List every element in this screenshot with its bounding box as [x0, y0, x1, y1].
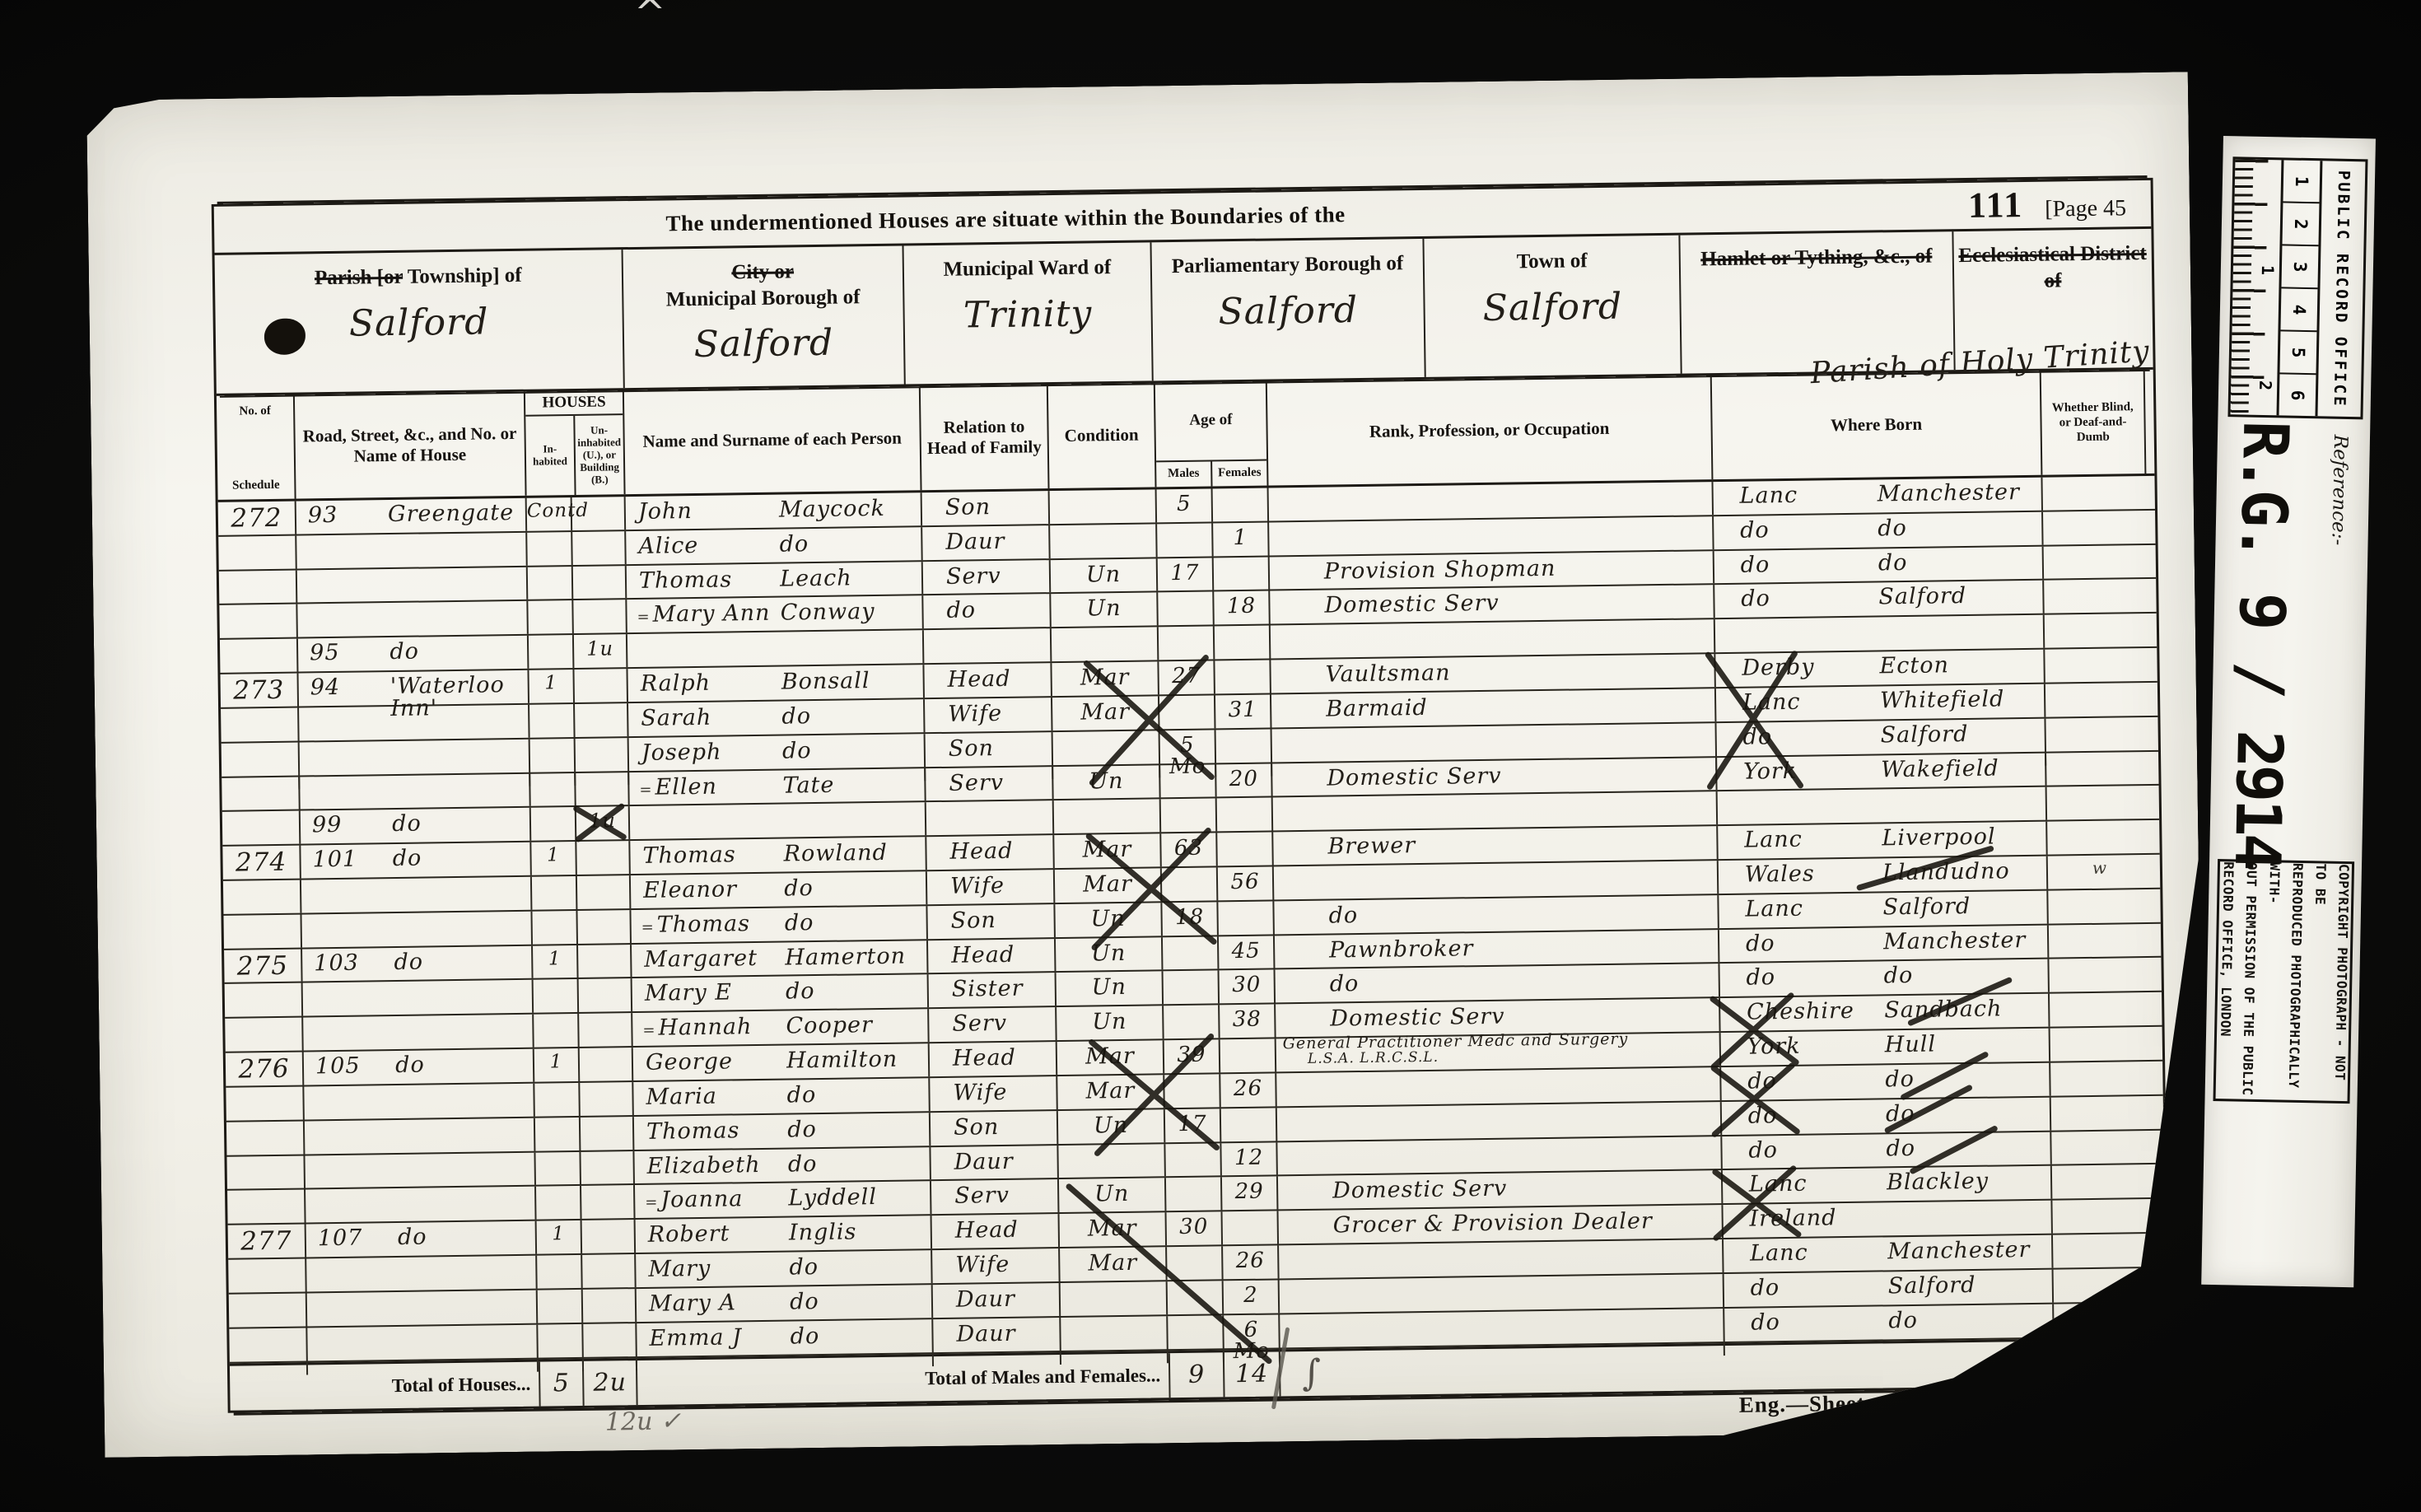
geo-ward-label: Municipal Ward of: [904, 254, 1151, 283]
name-cell: Marydo: [636, 1250, 933, 1287]
ruler-number-column: 1 2 3 4 5 6: [2276, 160, 2322, 416]
name-cell: [627, 630, 925, 667]
condition-cell: Un: [1056, 937, 1164, 972]
inhabited-cell: [535, 1118, 581, 1151]
occupation-cell: Domestic Serv: [1272, 758, 1717, 796]
name-cell: GeorgeHamilton: [633, 1043, 931, 1080]
born-place: do: [1888, 1309, 1918, 1332]
born-county: Lanc: [1744, 828, 1803, 852]
given-name: Thomas: [642, 842, 736, 870]
born-place: Wakefield: [1881, 757, 1999, 781]
copyright-line: OUT PERMISSION OF THE PUBLIC: [2236, 862, 2264, 1099]
age-female-cell: 12: [1221, 1142, 1278, 1176]
given-name: Margaret: [644, 945, 758, 973]
born-cell: dodo: [1714, 546, 2045, 583]
address-cell: [297, 601, 529, 637]
surname: do: [781, 705, 811, 727]
disability-cell: [2052, 1199, 2157, 1234]
inhabited-cell: 1: [529, 670, 575, 703]
born-cell: dodo: [1722, 1097, 2052, 1134]
name-cell: =JoannaLyddell: [635, 1182, 932, 1219]
surname: Hamilton: [786, 1048, 898, 1072]
disability-cell: [2044, 579, 2148, 614]
address-cell: [306, 1187, 537, 1223]
folio-number: 111: [1968, 184, 2024, 226]
born-place: Salford: [1878, 585, 1966, 608]
ruler-number: 2: [2282, 203, 2319, 246]
pencil-tally-note: 12u ✓: [605, 1407, 682, 1436]
disability-cell: w: [2048, 855, 2153, 889]
surname: do: [786, 1084, 816, 1106]
uninhabited-cell: [573, 600, 627, 633]
age-female-cell: [1223, 1211, 1280, 1245]
occupation-cell: Grocer & Provision Dealer: [1278, 1205, 1723, 1244]
age-male-cell: [1157, 523, 1214, 557]
born-place: Whitefield: [1880, 688, 2004, 712]
inhabited-cell: [529, 635, 575, 669]
age-male-cell: [1165, 1143, 1222, 1177]
address-cell: 94'Waterloo Inn': [298, 670, 529, 707]
age-male-cell: [1159, 627, 1215, 660]
relation-cell: Head: [924, 663, 1052, 698]
uninhabited-cell: [580, 1048, 634, 1081]
relation-cell: Sister: [929, 973, 1057, 1008]
geo-town-label: Town of: [1425, 247, 1680, 276]
surname: do: [787, 1118, 817, 1141]
col-houses: HOUSES: [525, 390, 623, 417]
geo-ecclesiastical-label: Ecclesiastical District of: [1953, 240, 2152, 295]
age-male-cell: [1161, 799, 1218, 833]
given-name: John: [638, 498, 693, 525]
occupation-cell: [1280, 1274, 1724, 1313]
born-place: do: [1878, 551, 1908, 573]
age-female-cell: [1215, 660, 1271, 693]
relation-cell: Son: [922, 491, 1051, 525]
name-cell: [630, 803, 927, 840]
condition-cell: Un: [1057, 972, 1164, 1006]
totals-spacer: [230, 1365, 309, 1411]
age-female-cell: 45: [1219, 936, 1276, 969]
born-cell: doSalford: [1724, 1270, 2055, 1307]
given-name: Hannah: [658, 1014, 752, 1041]
name-cell: =Mary AnnConway: [627, 596, 924, 633]
disability-cell: [2054, 1303, 2158, 1351]
geo-parish-value: Salford: [215, 299, 622, 347]
geographic-header: Parish [or Township] of Salford City or …: [215, 229, 2153, 395]
col-houses-group: HOUSES In-habited Un-inhabited (U.), or …: [525, 390, 626, 496]
address-cell: 103do: [302, 945, 534, 982]
inhabited-cell: [534, 979, 580, 1013]
inhabited-cell: 1: [533, 945, 579, 979]
inhabited-cell: [538, 1290, 584, 1323]
born-county: Wales: [1745, 863, 1815, 886]
age-female-cell: [1218, 901, 1275, 935]
address-cell: [301, 877, 533, 913]
born-cell: LancLiverpool: [1718, 822, 2048, 859]
address-cell: 95do: [298, 636, 529, 672]
col-males: Males: [1156, 461, 1212, 487]
geo-parliamentary-label: Parliamentary Borough of: [1152, 250, 1424, 280]
born-cell: CheshireSandbach: [1720, 994, 2050, 1031]
age-male-cell: 27: [1159, 660, 1215, 694]
uninhabited-cell: [581, 1185, 636, 1219]
name-cell: Eleanordo: [631, 871, 928, 908]
col-uninhabited: Un-inhabited (U.), or Building (B.): [575, 415, 623, 494]
geo-town-value: Salford: [1425, 284, 1680, 329]
surname: Tate: [782, 773, 834, 796]
relation-cell: Wife: [930, 1076, 1058, 1111]
col-occupation: Rank, Profession, or Occupation: [1267, 376, 1714, 486]
born-county: York: [1747, 1035, 1800, 1058]
uninhabited-cell: [572, 497, 627, 530]
condition-cell: Un: [1059, 1178, 1167, 1213]
occupation-cell: General Practitioner Medc and SurgeryL.S…: [1276, 1033, 1721, 1071]
age-male-cell: 30: [1167, 1212, 1224, 1246]
born-place: Salford: [1882, 895, 1971, 918]
relation-cell: Serv: [926, 767, 1054, 801]
col-age-group: Age of Males Females: [1155, 381, 1269, 487]
disability-cell: [2047, 786, 2152, 820]
geo-town-cell: Town of Salford: [1425, 236, 1682, 376]
address-cell: [303, 1015, 534, 1051]
condition-cell: Un: [1055, 903, 1163, 937]
disability-cell: [2042, 476, 2147, 511]
age-female-cell: [1217, 798, 1274, 832]
inhabited-cell: [531, 807, 577, 841]
inhabited-cell: [527, 532, 573, 566]
born-cell: YorkHull: [1721, 1029, 2051, 1066]
surname: do: [785, 912, 814, 934]
schedule-number: [219, 570, 298, 604]
address-cell: 99do: [301, 808, 532, 844]
surname: Hamerton: [785, 945, 906, 968]
age-female-cell: 31: [1215, 694, 1272, 728]
born-place: Manchester: [1878, 481, 2021, 505]
address-cell: 101do: [301, 842, 532, 879]
occupation-cell: [1269, 482, 1714, 520]
occupation-cell: [1279, 1239, 1724, 1278]
surname: do: [790, 1290, 819, 1313]
name-cell: Sarahdo: [628, 699, 926, 736]
surname: do: [784, 877, 814, 899]
surname: do: [786, 981, 815, 1003]
schedule-number: 277: [228, 1225, 307, 1258]
condition-cell: Mar: [1060, 1213, 1168, 1248]
geo-borough-value: Salford: [623, 320, 903, 366]
inhabited-cell: [536, 1186, 582, 1220]
born-cell: [1715, 615, 2045, 652]
age-female-cell: [1213, 488, 1270, 521]
relation-cell: do: [923, 594, 1052, 628]
surname: Bonsall: [781, 670, 870, 693]
born-cell: doSalford: [1714, 581, 2045, 618]
age-male-cell: 63: [1161, 833, 1218, 867]
inhabited-cell: [532, 876, 578, 910]
uninhabited-cell: [580, 1082, 634, 1116]
pencil-flourish: ∫: [1280, 1346, 1726, 1397]
condition-cell: Mar: [1052, 661, 1159, 696]
address-cell: [296, 532, 528, 568]
disability-cell: [2045, 614, 2149, 648]
geo-ward-cell: Municipal Ward of Trinity: [903, 243, 1153, 384]
inhabited-cell: [534, 1014, 580, 1048]
born-cell: dodo: [1722, 1132, 2052, 1169]
schedule-number: [223, 914, 302, 948]
page-number-label: [Page 45: [2045, 195, 2126, 222]
born-cell: YorkWakefield: [1717, 753, 2047, 790]
given-name: Sarah: [641, 705, 711, 731]
surname: Leach: [780, 567, 852, 590]
address-cell: [297, 567, 529, 603]
geo-parish-cell: Parish [or Township] of Salford: [215, 250, 625, 394]
born-place: Ecton: [1879, 654, 1949, 677]
surname: do: [790, 1325, 819, 1347]
address-cell: 93Greengate: [296, 498, 528, 534]
disability-cell: [2050, 1062, 2155, 1096]
uninhabited-cell: 1u: [576, 806, 631, 840]
age-male-cell: 5: [1157, 488, 1214, 522]
age-female-cell: 30: [1220, 970, 1276, 1004]
uninhabited-cell: [576, 772, 630, 806]
ruler: 1 2 1 2 3 4 5 6 PUBLIC RECORD OFFICE: [2227, 156, 2367, 419]
address-cell: 107do: [306, 1221, 538, 1258]
disability-cell: [2054, 1268, 2158, 1303]
schedule-number: [218, 535, 297, 569]
disability-cell: [2053, 1234, 2157, 1268]
geo-borough-cell: City or Municipal Borough of Salford: [623, 246, 905, 388]
totals-spacer: [1725, 1341, 2055, 1390]
ruler-ticks: 1 2: [2231, 159, 2282, 415]
born-county: do: [1742, 726, 1772, 748]
name-cell: Thomasdo: [634, 1113, 931, 1150]
census-form: The undermentioned Houses are situate wi…: [212, 178, 2170, 1413]
name-cell: MargaretHamerton: [632, 940, 929, 978]
engine-sheet-footer: Eng.—Sheet: [1739, 1391, 1866, 1418]
age-male-cell: 18: [1162, 902, 1219, 936]
given-name: Thomas: [646, 1118, 740, 1145]
geo-ward-value: Trinity: [904, 292, 1151, 337]
occupation-cell: [1276, 1067, 1721, 1106]
born-cell: LancSalford: [1719, 890, 2049, 927]
condition-cell: Un: [1058, 1109, 1166, 1144]
given-name: Mary E: [645, 980, 733, 1006]
relation-cell: Wife: [925, 698, 1053, 732]
born-county: do: [1747, 1070, 1777, 1092]
schedule-number: 275: [224, 949, 303, 982]
geo-borough-label: City or Municipal Borough of: [623, 258, 903, 313]
reference-label: Reference:-: [2327, 435, 2351, 546]
disability-cell: [2052, 1164, 2157, 1199]
total-houses-uninhabited: 2u: [584, 1360, 638, 1406]
geo-parish-label: Parish [or Township] of: [215, 262, 622, 293]
relation-cell: Head: [932, 1214, 1061, 1248]
surname: Rowland: [784, 842, 888, 866]
schedule-number: [221, 707, 300, 741]
col-schedule: No. ofSchedule: [217, 394, 296, 500]
ruler-number: 1: [2283, 160, 2320, 203]
born-cell: [1718, 787, 2048, 824]
name-cell: Elizabethdo: [634, 1147, 931, 1184]
age-male-cell: 17: [1165, 1108, 1222, 1142]
total-males: 9: [1169, 1352, 1225, 1398]
uninhabited-cell: [581, 1151, 635, 1185]
condition-cell: Un: [1051, 558, 1159, 593]
age-male-cell: [1164, 1006, 1220, 1039]
born-place: do: [1886, 1103, 1915, 1125]
relation-cell: Wife: [932, 1248, 1061, 1283]
condition-cell: [1050, 524, 1158, 558]
condition-cell: Un: [1053, 765, 1161, 800]
given-name: Maria: [646, 1084, 717, 1110]
given-name: Joseph: [641, 739, 722, 765]
schedule-number: [226, 1121, 306, 1155]
given-name: Mary A: [649, 1290, 736, 1316]
relation-cell: Head: [926, 835, 1055, 870]
uninhabited-cell: [579, 1013, 633, 1047]
born-place: do: [1878, 517, 1907, 539]
disability-cell: [2044, 545, 2148, 580]
given-name: Mary Ann: [652, 600, 770, 628]
name-cell: ThomasRowland: [630, 837, 927, 874]
condition-cell: Mar: [1055, 868, 1163, 903]
relation-cell: Head: [930, 1042, 1058, 1076]
condition-cell: Mar: [1057, 1040, 1165, 1075]
age-female-cell: 20: [1216, 763, 1273, 797]
relation-cell: Serv: [923, 560, 1052, 595]
address-cell: [301, 912, 533, 948]
born-county: do: [1750, 1276, 1780, 1299]
disability-cell: [2049, 958, 2153, 992]
age-female-cell: 29: [1222, 1177, 1279, 1211]
age-female-cell: 56: [1218, 866, 1275, 900]
born-county: Cheshire: [1747, 1000, 1854, 1024]
name-cell: =Thomasdo: [631, 906, 928, 943]
born-county: do: [1741, 588, 1770, 610]
uninhabited-cell: [573, 566, 627, 600]
born-county: do: [1746, 932, 1775, 954]
occupation-cell: Domestic Serv: [1270, 585, 1714, 623]
disability-cell: [2046, 751, 2151, 786]
born-place: Hull: [1885, 1034, 1937, 1057]
given-name: Ellen: [655, 773, 717, 800]
public-record-office-label: PUBLIC RECORD OFFICE: [2317, 161, 2365, 417]
address-cell: [305, 1118, 536, 1154]
uninhabited-cell: [577, 875, 632, 909]
schedule-number: [222, 811, 301, 845]
relation-cell: Wife: [927, 870, 1056, 904]
age-male-cell: [1162, 867, 1219, 901]
disability-cell: [2043, 511, 2148, 545]
reference-number: R.G. 9 / 2914: [2221, 420, 2302, 868]
born-cell: Ireland: [1723, 1201, 2053, 1238]
occupation-cell: Domestic Serv: [1278, 1171, 1723, 1210]
copyright-box: COPYRIGHT PHOTOGRAPH - NOT TO BE REPRODU…: [2213, 859, 2354, 1104]
born-place: Sandbach: [1884, 998, 2003, 1022]
age-female-cell: [1221, 1108, 1278, 1141]
schedule-number: [219, 604, 298, 638]
surname: Cooper: [786, 1014, 873, 1037]
relation-cell: Daur: [933, 1283, 1061, 1318]
inhabited-cell: 1: [534, 1048, 581, 1082]
condition-cell: Un: [1057, 1006, 1164, 1041]
born-place: Salford: [1888, 1274, 1976, 1297]
born-county: Derby: [1742, 656, 1814, 679]
born-county: Lanc: [1749, 1173, 1808, 1196]
born-place: do: [1886, 1136, 1915, 1159]
occupation-cell: [1274, 861, 1719, 899]
disability-cell: [2047, 820, 2152, 855]
col-name: Name and Surname of each Person: [624, 386, 922, 494]
occupation-cell: Brewer: [1273, 826, 1718, 865]
ruler-inch-label: 2: [2255, 380, 2275, 391]
born-cell: LancBlackley: [1723, 1166, 2053, 1203]
name-cell: RalphBonsall: [627, 665, 925, 702]
inhabited-cell: [529, 704, 576, 738]
age-female-cell: [1217, 833, 1274, 866]
totals-spacer: [2055, 1339, 2159, 1385]
age-male-cell: 17: [1158, 558, 1215, 591]
surname: Conway: [781, 600, 875, 624]
disability-cell: [2051, 1131, 2156, 1165]
given-name: Eleanor: [643, 876, 737, 903]
born-county: Lanc: [1742, 691, 1801, 714]
age-male-cell: [1168, 1281, 1224, 1314]
copyright-line: REPRODUCED PHOTOGRAPHICALLY WITH-: [2259, 862, 2310, 1100]
address-cell: [299, 705, 530, 741]
occupation-cell: [1273, 791, 1718, 830]
occupation-cell: [1269, 516, 1714, 555]
address-cell: [307, 1290, 539, 1327]
schedule-number: [228, 1259, 307, 1293]
pencil-caret-mark: ^: [634, 0, 666, 35]
ruler-number: 3: [2281, 245, 2318, 289]
inhabited-cell: [530, 772, 576, 806]
geo-parliamentary-value: Salford: [1152, 288, 1424, 334]
col-road: Road, Street, &c., and No. or Name of Ho…: [295, 391, 527, 498]
age-female-cell: [1215, 626, 1271, 660]
address-cell: [305, 1152, 536, 1188]
condition-cell: Mar: [1060, 1247, 1168, 1281]
address-cell: 105do: [304, 1049, 535, 1085]
schedule-number: [226, 1155, 306, 1189]
given-name: Emma J: [649, 1324, 742, 1351]
given-name: Thomas: [639, 567, 733, 594]
born-county: Lanc: [1750, 1242, 1808, 1265]
uninhabited-cell: [582, 1254, 637, 1288]
col-age: Age of: [1155, 381, 1266, 460]
age-female-cell: 38: [1220, 1005, 1276, 1038]
surname: do: [789, 1256, 819, 1278]
occupation-cell: Vaultsman: [1271, 654, 1715, 693]
uninhabited-cell: [582, 1220, 637, 1253]
given-name: Alice: [638, 533, 698, 559]
born-cell: dodo: [1714, 511, 2044, 548]
schedule-number: [220, 639, 299, 673]
folio-block: 111 [Page 45: [1968, 182, 2127, 226]
born-county: Ireland: [1749, 1206, 1836, 1230]
copyright-line: COPYRIGHT PHOTOGRAPH - NOT TO BE: [2305, 863, 2356, 1101]
col-relation: Relation to Head of Family: [921, 385, 1050, 490]
born-place: do: [1885, 1068, 1915, 1090]
total-houses-inhabited: 5: [539, 1360, 585, 1406]
uninhabited-cell: [576, 841, 631, 875]
col-condition: Condition: [1048, 383, 1157, 488]
relation-cell: [926, 800, 1055, 835]
born-place: Llandudno: [1882, 860, 2010, 884]
schedule-number: [223, 880, 302, 914]
given-name: Joanna: [660, 1187, 743, 1213]
schedule-number: [222, 777, 301, 810]
